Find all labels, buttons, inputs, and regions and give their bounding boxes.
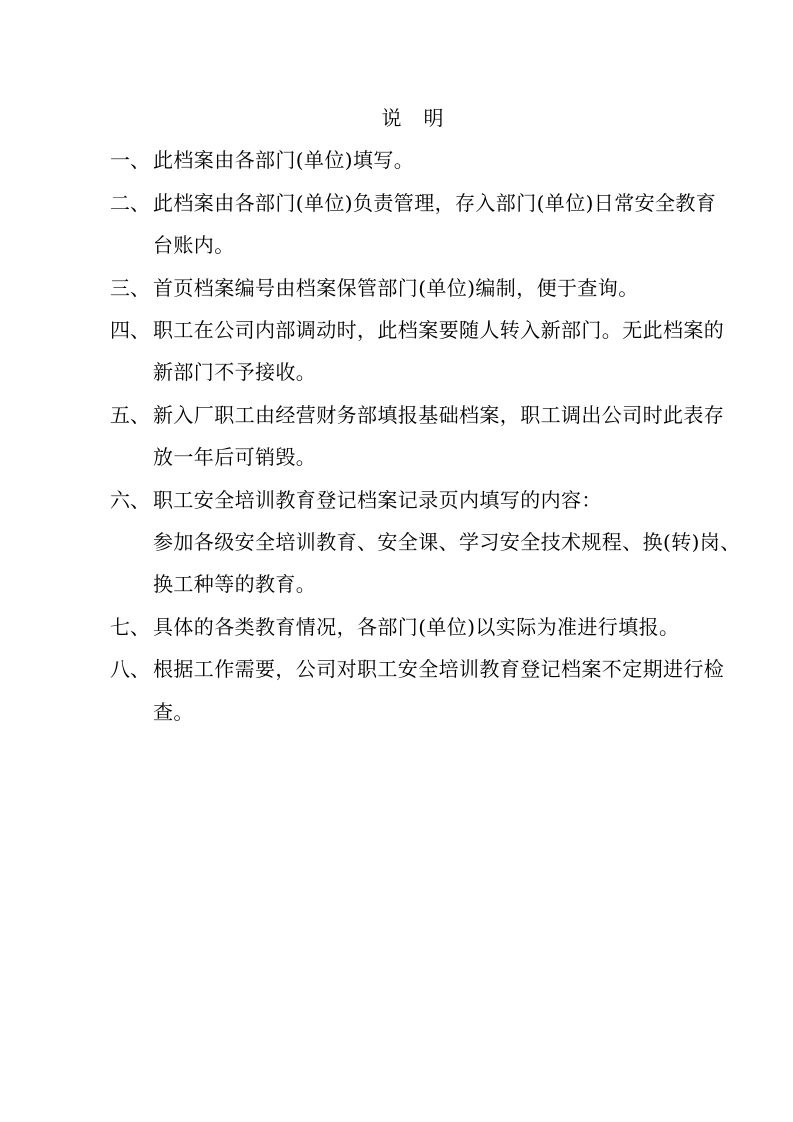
list-item: 五、 新入厂职工由经营财务部填报基础档案，职工调出公司时此表存放一年后可销毁。 — [110, 394, 740, 479]
list-item: 七、 具体的各类教育情况，各部门(单位)以实际为准进行填报。 — [110, 606, 740, 648]
list-item: 四、 职工在公司内部调动时，此档案要随人转入新部门。无此档案的新部门不予接收。 — [110, 309, 740, 394]
list-item: 八、 根据工作需要，公司对职工安全培训教育登记档案不定期进行检查。 — [110, 648, 740, 733]
list-item: 二、 此档案由各部门(单位)负责管理，存入部门(单位)日常安全教育台账内。 — [110, 182, 740, 267]
item-line: 职工安全培训教育登记档案记录页内填写的内容： — [153, 479, 741, 521]
items-list: 一、 此档案由各部门(单位)填写。 二、 此档案由各部门(单位)负责管理，存入部… — [110, 139, 740, 733]
item-line: 此档案由各部门(单位)负责管理，存入部门(单位)日常安全教育 — [153, 182, 740, 224]
item-number: 二、 — [110, 182, 153, 267]
item-text: 新入厂职工由经营财务部填报基础档案，职工调出公司时此表存放一年后可销毁。 — [153, 394, 740, 479]
item-text: 首页档案编号由档案保管部门(单位)编制，便于查询。 — [153, 267, 740, 309]
item-text: 职工在公司内部调动时，此档案要随人转入新部门。无此档案的新部门不予接收。 — [153, 309, 740, 394]
item-number: 六、 — [110, 479, 153, 606]
page-title: 说 明 — [98, 97, 728, 139]
document-content: 说 明 一、 此档案由各部门(单位)填写。 二、 此档案由各部门(单位)负责管理… — [110, 97, 740, 733]
document-page: 说 明 一、 此档案由各部门(单位)填写。 二、 此档案由各部门(单位)负责管理… — [0, 0, 793, 1122]
item-text: 职工安全培训教育登记档案记录页内填写的内容：参加各级安全培训教育、安全课、学习安… — [153, 479, 741, 606]
item-line: 新部门不予接收。 — [153, 351, 740, 393]
item-line: 首页档案编号由档案保管部门(单位)编制，便于查询。 — [153, 267, 740, 309]
item-line: 新入厂职工由经营财务部填报基础档案，职工调出公司时此表存 — [153, 394, 740, 436]
list-item: 一、 此档案由各部门(单位)填写。 — [110, 139, 740, 181]
item-number: 八、 — [110, 648, 153, 733]
list-item: 六、 职工安全培训教育登记档案记录页内填写的内容：参加各级安全培训教育、安全课、… — [110, 479, 740, 606]
item-line: 此档案由各部门(单位)填写。 — [153, 139, 740, 181]
list-item: 三、 首页档案编号由档案保管部门(单位)编制，便于查询。 — [110, 267, 740, 309]
item-text: 具体的各类教育情况，各部门(单位)以实际为准进行填报。 — [153, 606, 740, 648]
item-text: 此档案由各部门(单位)填写。 — [153, 139, 740, 181]
item-line: 参加各级安全培训教育、安全课、学习安全技术规程、换(转)岗、 — [153, 521, 741, 563]
item-line: 查。 — [153, 691, 740, 733]
item-line: 职工在公司内部调动时，此档案要随人转入新部门。无此档案的 — [153, 309, 740, 351]
item-number: 四、 — [110, 309, 153, 394]
item-line: 换工种等的教育。 — [153, 563, 741, 605]
item-number: 一、 — [110, 139, 153, 181]
item-line: 根据工作需要，公司对职工安全培训教育登记档案不定期进行检 — [153, 648, 740, 690]
item-text: 根据工作需要，公司对职工安全培训教育登记档案不定期进行检查。 — [153, 648, 740, 733]
item-line: 台账内。 — [153, 224, 740, 266]
item-number: 五、 — [110, 394, 153, 479]
item-line: 具体的各类教育情况，各部门(单位)以实际为准进行填报。 — [153, 606, 740, 648]
item-line: 放一年后可销毁。 — [153, 436, 740, 478]
item-number: 三、 — [110, 267, 153, 309]
item-number: 七、 — [110, 606, 153, 648]
item-text: 此档案由各部门(单位)负责管理，存入部门(单位)日常安全教育台账内。 — [153, 182, 740, 267]
